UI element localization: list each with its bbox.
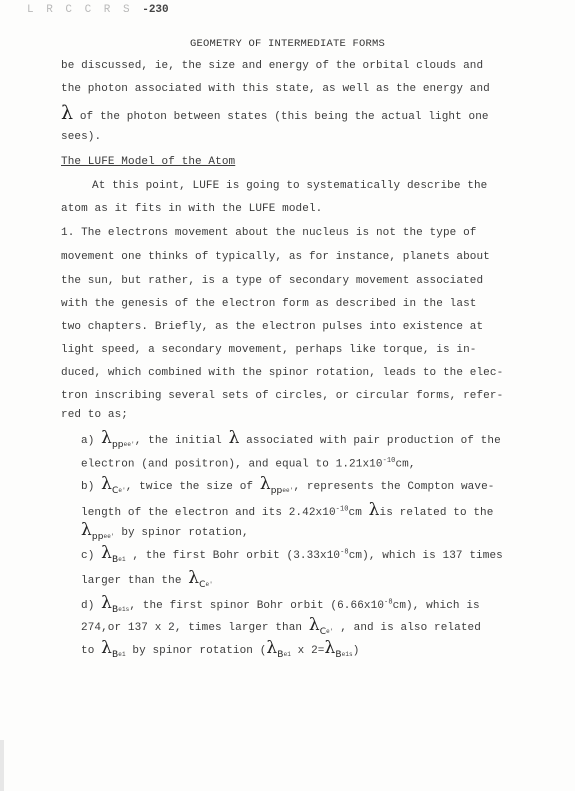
paragraph-line: the photon associated with this state, a…	[61, 83, 490, 95]
lambda-symbol: λ	[369, 500, 380, 520]
list-item-line: two chapters. Briefly, as the electron p…	[61, 321, 483, 333]
lambda-symbol: λ	[101, 638, 112, 658]
archive-stamp: L R C C R S -230	[27, 4, 169, 16]
scan-edge-shadow	[0, 740, 4, 791]
lambda-symbol: λ	[61, 102, 73, 124]
lambda-symbol: λ	[260, 474, 271, 494]
list-item-line: light speed, a secondary movement, perha…	[61, 344, 476, 356]
stamp-number: -230	[142, 4, 168, 16]
lambda-symbol: λ	[101, 428, 112, 448]
list-item-line: with the genesis of the electron form as…	[61, 298, 476, 310]
list-item-line: the sun, but rather, is a type of second…	[61, 275, 483, 287]
subitem-b-line3: λppee' by spinor rotation,	[81, 522, 249, 539]
stamp-faded-text: L R C C R S	[27, 4, 133, 16]
lambda-symbol: λ	[101, 543, 112, 563]
subitem-b-line2: length of the electron and its 2.42x10-1…	[81, 502, 493, 519]
lambda-symbol: λ	[309, 615, 320, 635]
lambda-symbol: λ	[81, 520, 92, 540]
lambda-symbol: λ	[229, 428, 240, 448]
paragraph-line: At this point, LUFE is going to systemat…	[92, 180, 487, 192]
list-item-line: red to as;	[61, 409, 128, 421]
list-item-line: 1. The electrons movement about the nucl…	[61, 227, 476, 239]
list-item-line: duced, which combined with the spinor ro…	[61, 367, 503, 379]
list-item-line: tron inscribing several sets of circles,…	[61, 390, 503, 402]
paragraph-line: atom as it fits in with the LUFE model.	[61, 203, 322, 215]
section-heading: The LUFE Model of the Atom	[61, 156, 235, 168]
page-title: GEOMETRY OF INTERMEDIATE FORMS	[0, 38, 575, 50]
subitem-d-line2: 274,or 137 x 2, times larger than λCe' ,…	[81, 617, 481, 634]
lambda-symbol: λ	[188, 568, 199, 588]
lambda-symbol: λ	[101, 474, 112, 494]
paragraph-line: be discussed, ie, the size and energy of…	[61, 60, 483, 72]
lambda-symbol: λ	[266, 638, 277, 658]
subitem-c-line2: larger than the λCe'	[81, 570, 213, 587]
lambda-symbol: λ	[324, 638, 335, 658]
subitem-b: b) λCe', twice the size of λppee', repre…	[81, 476, 494, 493]
subitem-a: a) λppee', the initial λ associated with…	[81, 430, 501, 447]
paragraph-line: sees).	[61, 131, 101, 143]
subitem-d-line3: to λBe1 by spinor rotation (λBe1 x 2=λBe…	[81, 640, 359, 657]
subitem-d: d) λBe1s, the first spinor Bohr orbit (6…	[81, 595, 480, 612]
lambda-symbol: λ	[101, 593, 112, 613]
list-item-line: movement one thinks of typically, as for…	[61, 251, 490, 263]
subitem-a-line2: electron (and positron), and equal to 1.…	[81, 457, 416, 471]
document-page: L R C C R S -230 GEOMETRY OF INTERMEDIAT…	[0, 0, 575, 791]
subitem-c: c) λBe1 , the first Bohr orbit (3.33x10-…	[81, 545, 503, 562]
paragraph-line: λ of the photon between states (this bei…	[61, 104, 489, 123]
